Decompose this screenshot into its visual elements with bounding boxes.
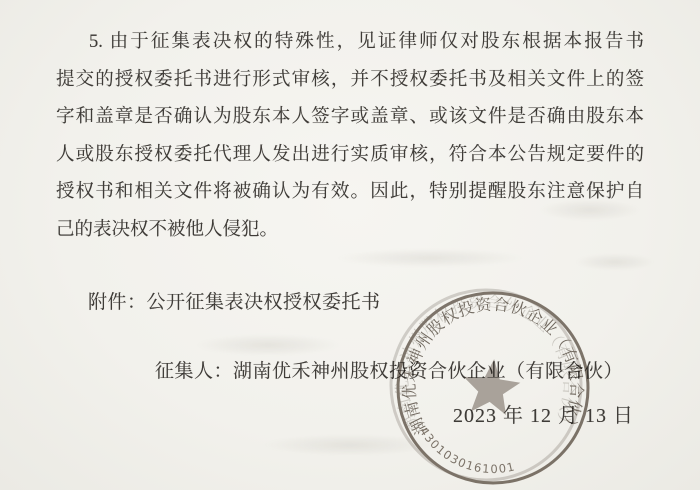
paragraph-body: 5. 由于征集表决权的特殊性，见证律师仅对股东根据本报告书 提交的授权委托书进行… [56, 24, 644, 249]
attachment-line: 附件：公开征集表决权授权委托书 [88, 287, 381, 314]
paragraph-line: 5. 由于征集表决权的特殊性，见证律师仅对股东根据本报告书 [56, 24, 644, 62]
paragraph-line: 字和盖章是否确认为股东本人签字或盖章、或该文件是否确由股东本 [56, 99, 644, 137]
company-seal: 湖南优禾神州股权投资合伙企业（有限合伙） 湖南优禾神州股权投资合伙企业（有限合伙… [388, 283, 598, 490]
star-icon [460, 356, 522, 416]
paragraph-line: 授权书和相关文件将被确认为有效。因此，特别提醒股东注意保护自 [56, 174, 644, 212]
seal-registration-number: 4301030161001 [417, 425, 517, 477]
bleed-through-smudge [560, 250, 670, 274]
document-page: 5. 由于征集表决权的特殊性，见证律师仅对股东根据本报告书 提交的授权委托书进行… [0, 0, 700, 490]
paragraph-line: 己的表决权不被他人侵犯。 [56, 212, 644, 250]
paragraph-line: 提交的授权委托书进行形式审核，并不授权委托书及相关文件上的签 [56, 62, 644, 100]
paragraph-line: 人或股东授权委托代理人发出进行实质审核，符合本公告规定要件的 [56, 137, 644, 175]
seal-main-impression: 湖南优禾神州股权投资合伙企业（有限合伙） 4301030161001 [398, 293, 588, 483]
